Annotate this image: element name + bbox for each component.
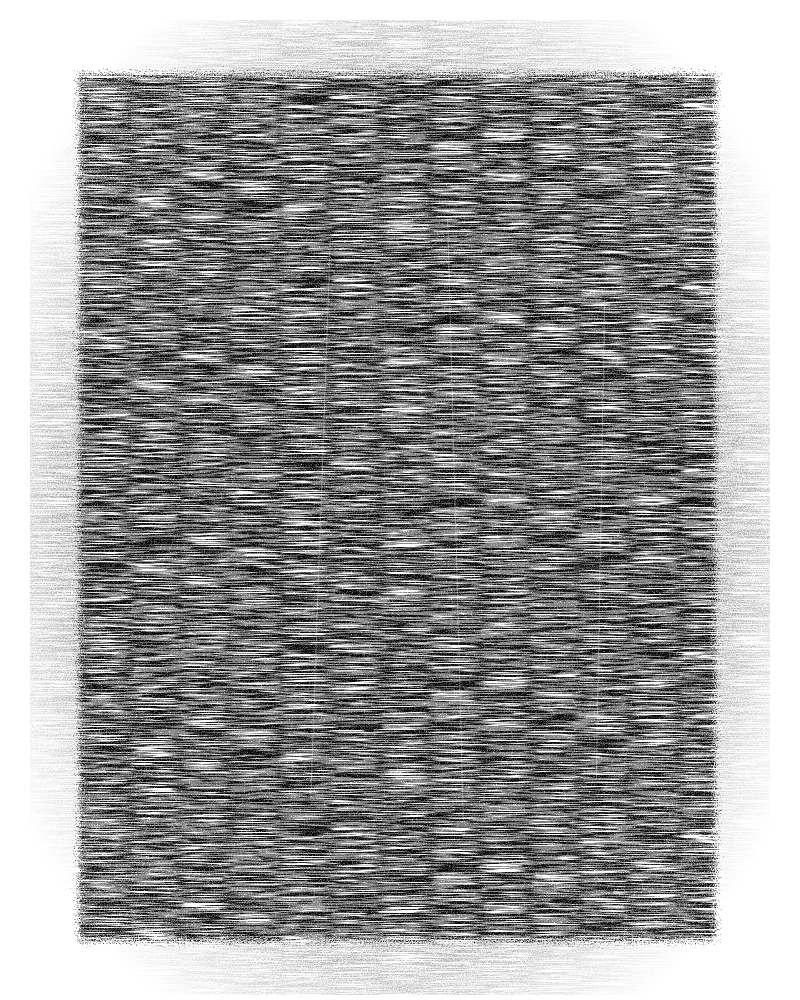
grunge-texture [0, 0, 800, 1000]
vertical-scratches [80, 75, 715, 940]
